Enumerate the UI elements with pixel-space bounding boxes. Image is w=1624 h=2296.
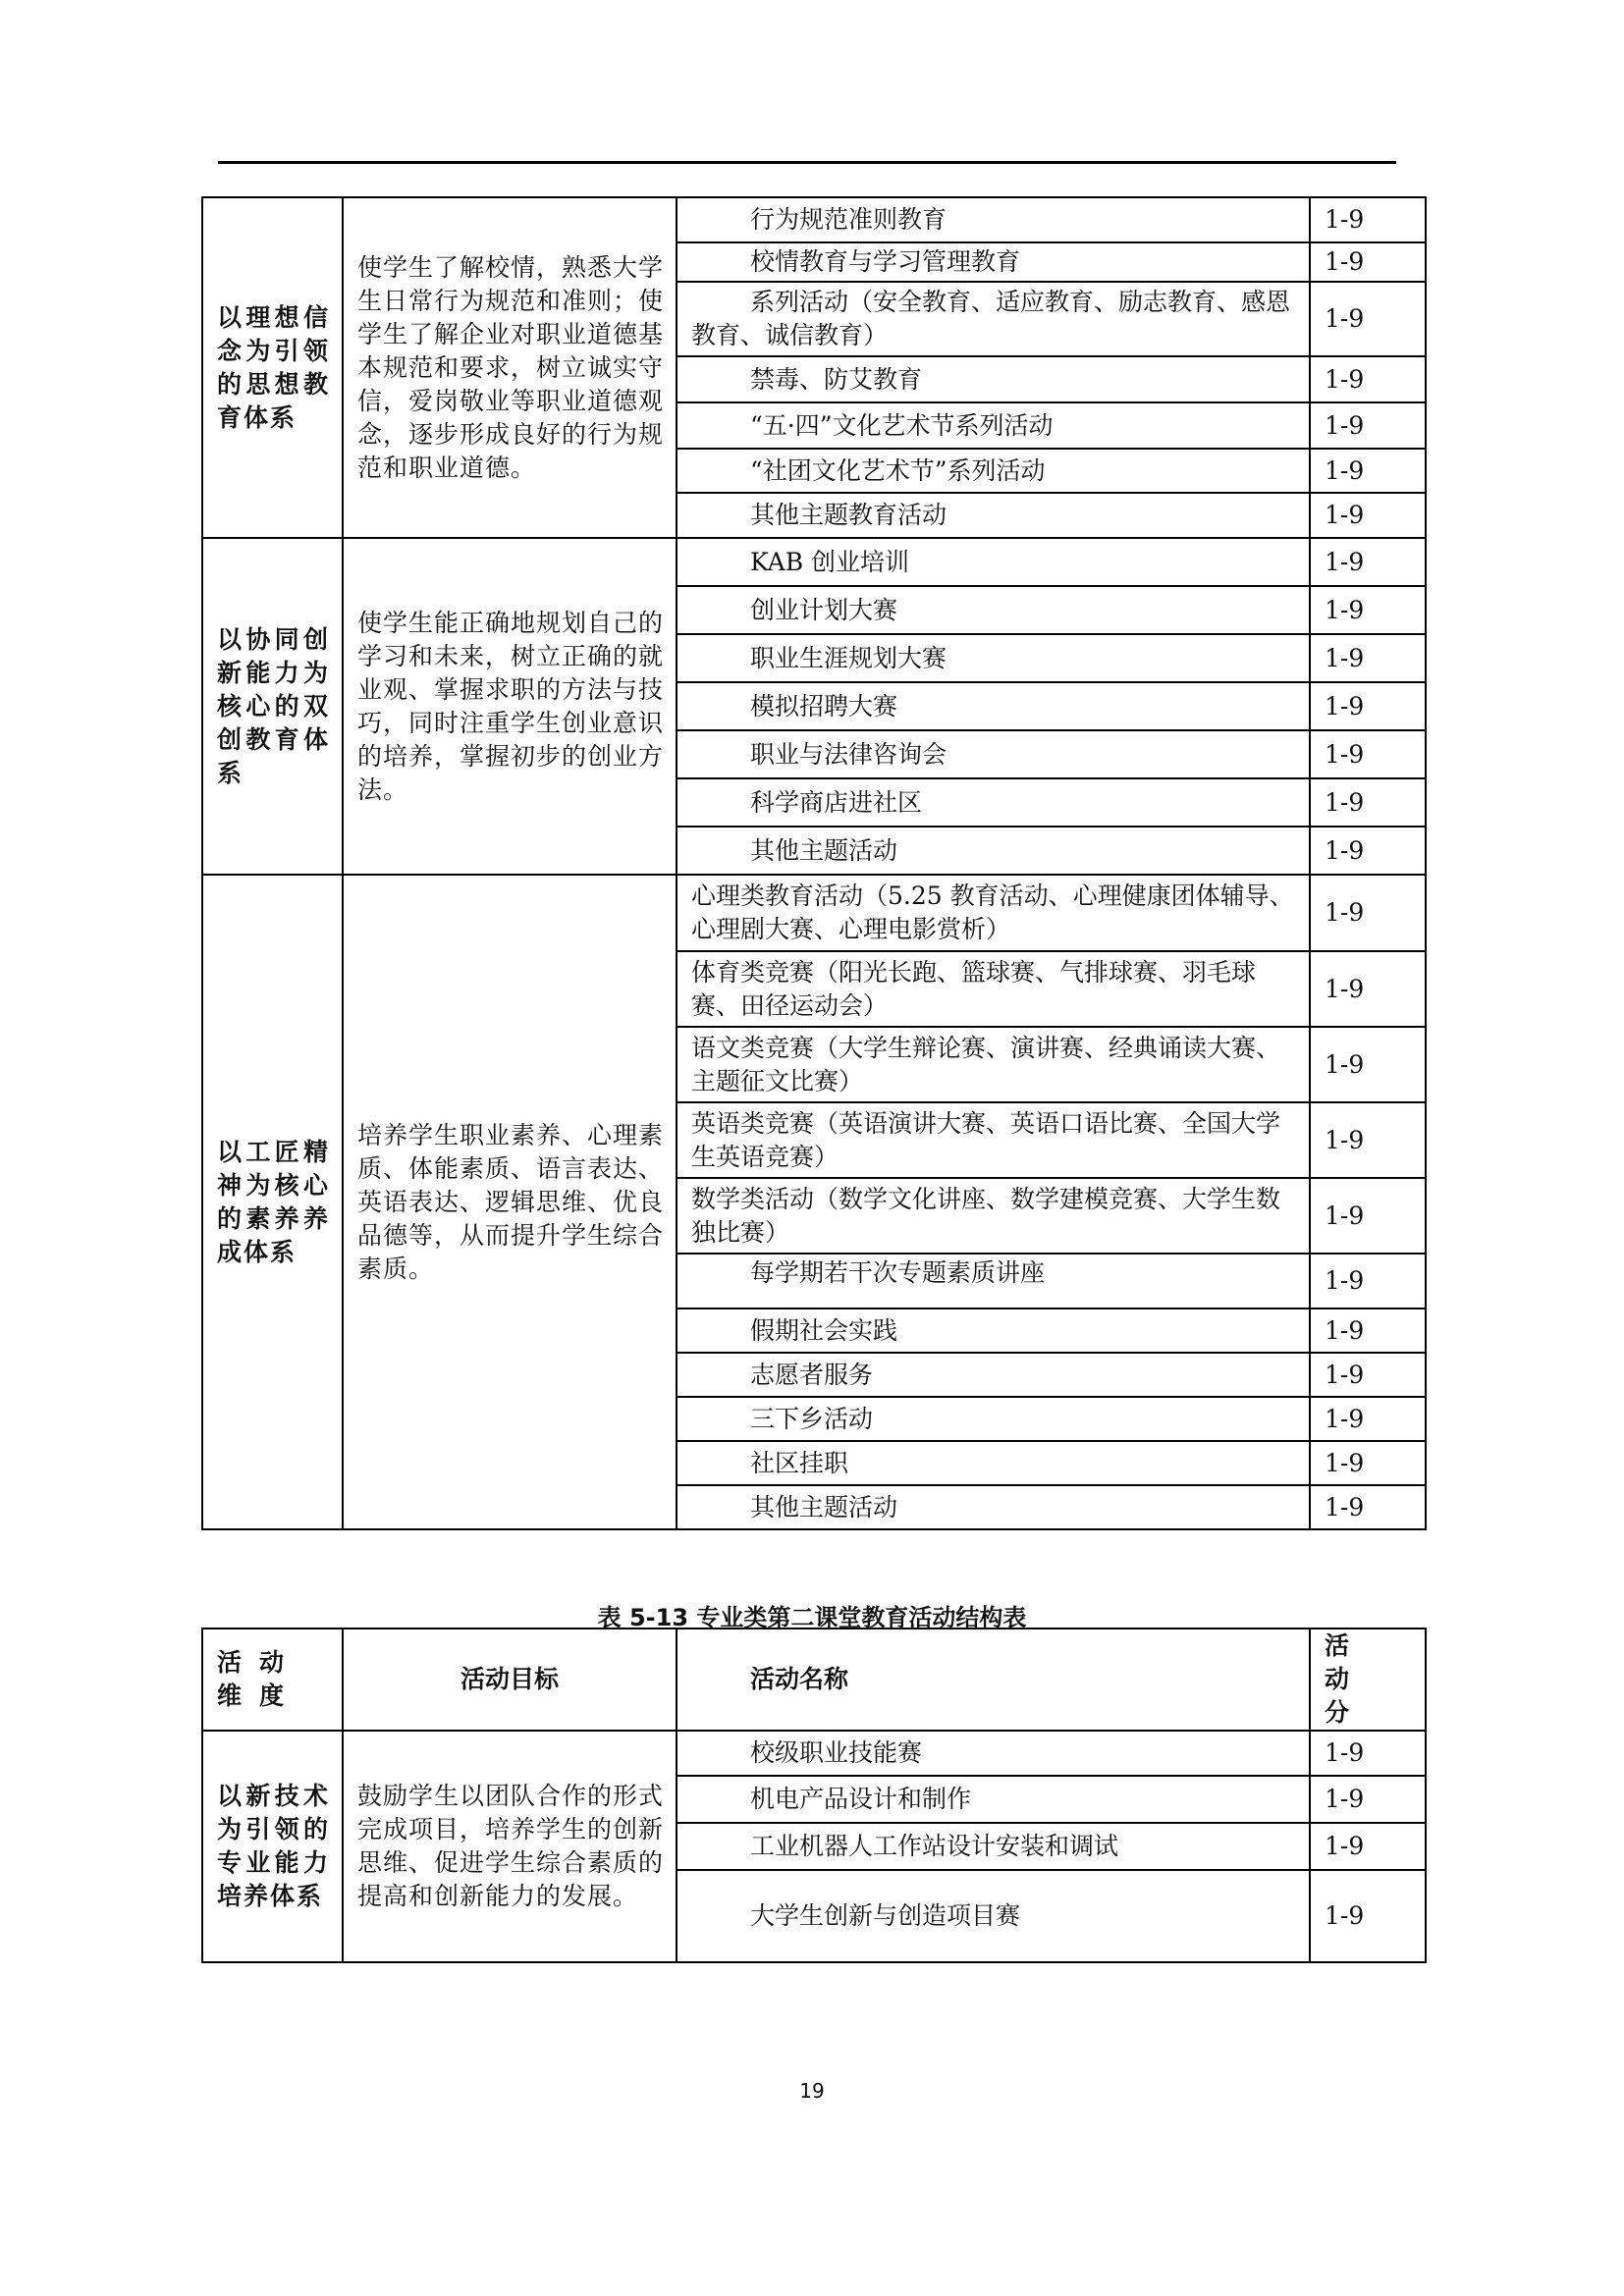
activity-dimension-cell: 以工匠精神为核心的素养养成体系 — [202, 875, 343, 1529]
activity-name-cell: 志愿者服务 — [677, 1353, 1310, 1397]
activity-score-cell: 1-9 — [1310, 538, 1426, 586]
table-row: 以协同创新能力为核心的双创教育体系 使学生能正确地规划自己的学习和未来，树立正确… — [202, 538, 1426, 586]
activity-score-cell: 1-9 — [1310, 1308, 1426, 1353]
activity-score-cell: 1-9 — [1310, 682, 1426, 730]
second-classroom-activity-table: 以理想信念为引领的思想教育体系 使学生了解校情，熟悉大学生日常行为规范和准则；使… — [201, 196, 1427, 1530]
activity-score-cell: 1-9 — [1310, 356, 1426, 402]
activity-name-cell: “社团文化艺术节”系列活动 — [677, 449, 1310, 493]
activity-name-cell: 大学生创新与创造项目赛 — [677, 1870, 1310, 1962]
activity-name-cell: 行为规范准则教育 — [677, 197, 1310, 242]
activity-name-cell: KAB 创业培训 — [677, 538, 1310, 586]
activity-score-cell: 1-9 — [1310, 402, 1426, 449]
activity-name-cell: 其他主题活动 — [677, 827, 1310, 875]
activity-score-cell: 1-9 — [1310, 827, 1426, 875]
activity-score-cell: 1-9 — [1310, 282, 1426, 356]
activity-score-cell: 1-9 — [1310, 1870, 1426, 1962]
activity-goal-cell: 培养学生职业素养、心理素质、体能素质、语言表达、英语表达、逻辑思维、优良品德等，… — [343, 875, 677, 1529]
activity-score-cell: 1-9 — [1310, 1397, 1426, 1441]
activity-score-cell: 1-9 — [1310, 778, 1426, 827]
activity-score-cell: 1-9 — [1310, 875, 1426, 951]
activity-name-cell: “五·四”文化艺术节系列活动 — [677, 402, 1310, 449]
activity-score-cell: 1-9 — [1310, 1731, 1426, 1776]
activity-name-cell: 其他主题活动 — [677, 1485, 1310, 1529]
activity-score-cell: 1-9 — [1310, 1776, 1426, 1823]
activity-name-cell: 校情教育与学习管理教育 — [677, 242, 1310, 282]
professional-activity-table: 活动维度 活动目标 活动名称 活动分 以新技术为引领的专业能力培养体系 鼓励学生… — [201, 1628, 1427, 1963]
activity-score-cell: 1-9 — [1310, 1441, 1426, 1485]
activity-dimension-cell: 以协同创新能力为核心的双创教育体系 — [202, 538, 343, 875]
activity-name-cell: 系列活动（安全教育、适应教育、励志教育、感恩教育、诚信教育） — [677, 282, 1310, 356]
activity-name-cell: 心理类教育活动（5.25 教育活动、心理健康团体辅导、心理剧大赛、心理电影赏析） — [677, 875, 1310, 951]
activity-score-cell: 1-9 — [1310, 493, 1426, 538]
activity-name-cell: 机电产品设计和制作 — [677, 1776, 1310, 1823]
activity-score-cell: 1-9 — [1310, 586, 1426, 634]
activity-score-cell: 1-9 — [1310, 730, 1426, 778]
activity-name-cell: 校级职业技能赛 — [677, 1731, 1310, 1776]
activity-goal-cell: 使学生能正确地规划自己的学习和未来，树立正确的就业观、掌握求职的方法与技巧，同时… — [343, 538, 677, 875]
activity-score-cell: 1-9 — [1310, 1178, 1426, 1254]
activity-name-cell: 体育类竞赛（阳光长跑、篮球赛、气排球赛、羽毛球赛、田径运动会） — [677, 951, 1310, 1027]
activity-name-cell: 三下乡活动 — [677, 1397, 1310, 1441]
activity-score-cell: 1-9 — [1310, 242, 1426, 282]
activity-name-cell: 英语类竞赛（英语演讲大赛、英语口语比赛、全国大学生英语竞赛） — [677, 1102, 1310, 1178]
activity-score-cell: 1-9 — [1310, 449, 1426, 493]
activity-name-cell: 工业机器人工作站设计安装和调试 — [677, 1823, 1310, 1870]
activity-name-cell: 每学期若干次专题素质讲座 — [677, 1254, 1310, 1308]
activity-name-cell: 创业计划大赛 — [677, 586, 1310, 634]
header-name: 活动名称 — [677, 1629, 1310, 1731]
table-row: 以理想信念为引领的思想教育体系 使学生了解校情，熟悉大学生日常行为规范和准则；使… — [202, 197, 1426, 242]
header-goal: 活动目标 — [343, 1629, 677, 1731]
activity-goal-cell: 使学生了解校情，熟悉大学生日常行为规范和准则；使学生了解企业对职业道德基本规范和… — [343, 197, 677, 538]
activity-score-cell: 1-9 — [1310, 1254, 1426, 1308]
header-dimension: 活动维度 — [202, 1629, 343, 1731]
activity-name-cell: 禁毒、防艾教育 — [677, 356, 1310, 402]
activity-name-cell: 数学类活动（数学文化讲座、数学建模竞赛、大学生数独比赛） — [677, 1178, 1310, 1254]
activity-score-cell: 1-9 — [1310, 1353, 1426, 1397]
table-row: 以新技术为引领的专业能力培养体系 鼓励学生以团队合作的形式完成项目，培养学生的创… — [202, 1731, 1426, 1776]
activity-score-cell: 1-9 — [1310, 1102, 1426, 1178]
activity-goal-cell: 鼓励学生以团队合作的形式完成项目，培养学生的创新思维、促进学生综合素质的提高和创… — [343, 1731, 677, 1962]
activity-score-cell: 1-9 — [1310, 1823, 1426, 1870]
page-number: 19 — [0, 2079, 1624, 2103]
activity-score-cell: 1-9 — [1310, 634, 1426, 682]
activity-name-cell: 职业与法律咨询会 — [677, 730, 1310, 778]
table-row: 以工匠精神为核心的素养养成体系 培养学生职业素养、心理素质、体能素质、语言表达、… — [202, 875, 1426, 951]
activity-name-cell: 科学商店进社区 — [677, 778, 1310, 827]
activity-dimension-cell: 以理想信念为引领的思想教育体系 — [202, 197, 343, 538]
activity-name-cell: 语文类竞赛（大学生辩论赛、演讲赛、经典诵读大赛、主题征文比赛） — [677, 1027, 1310, 1102]
activity-name-cell: 其他主题教育活动 — [677, 493, 1310, 538]
activity-name-cell: 模拟招聘大赛 — [677, 682, 1310, 730]
activity-score-cell: 1-9 — [1310, 951, 1426, 1027]
activity-name-cell: 假期社会实践 — [677, 1308, 1310, 1353]
activity-dimension-cell: 以新技术为引领的专业能力培养体系 — [202, 1731, 343, 1962]
header-score: 活动分 — [1310, 1629, 1426, 1731]
activity-name-cell: 职业生涯规划大赛 — [677, 634, 1310, 682]
activity-score-cell: 1-9 — [1310, 197, 1426, 242]
table-header-row: 活动维度 活动目标 活动名称 活动分 — [202, 1629, 1426, 1731]
activity-score-cell: 1-9 — [1310, 1485, 1426, 1529]
page-header-rule — [218, 161, 1396, 164]
activity-name-cell: 社区挂职 — [677, 1441, 1310, 1485]
activity-score-cell: 1-9 — [1310, 1027, 1426, 1102]
